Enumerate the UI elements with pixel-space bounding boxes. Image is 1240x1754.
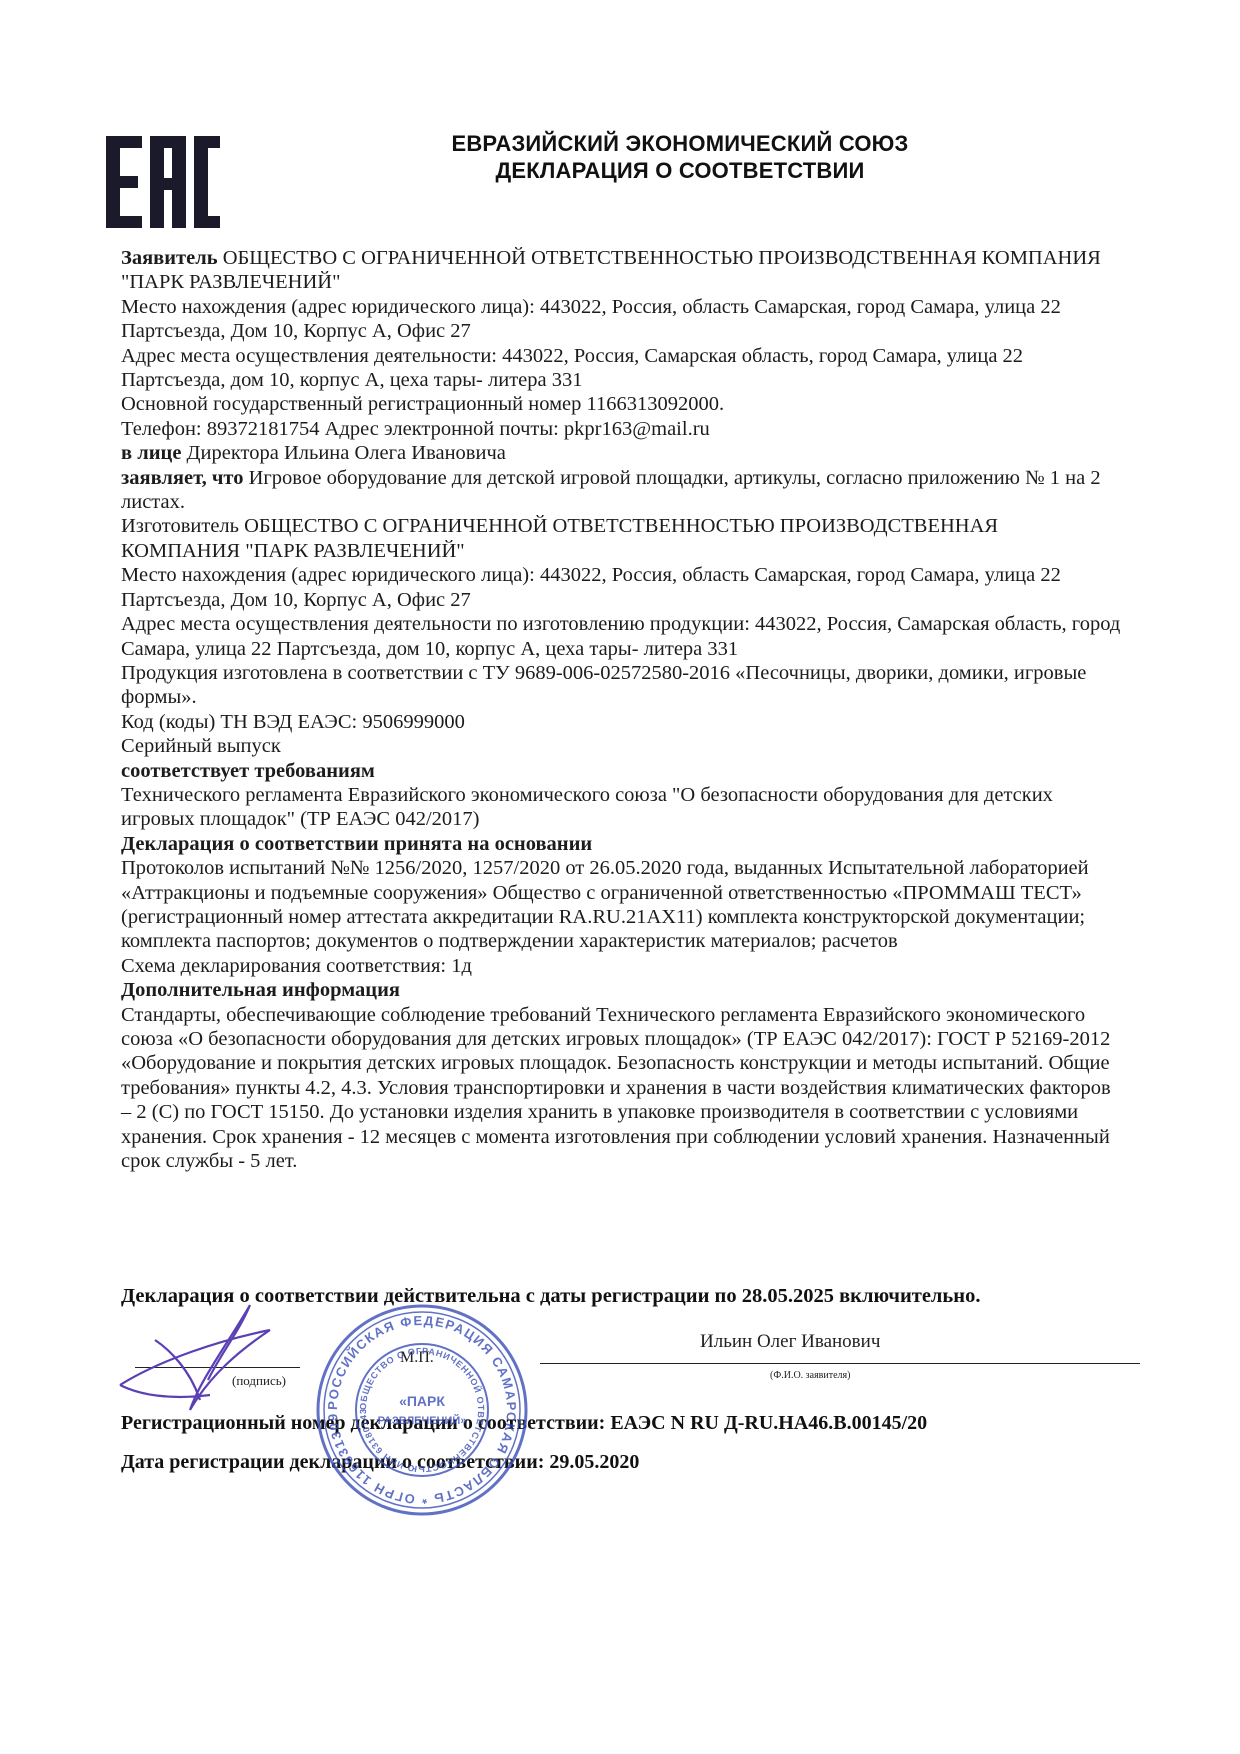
declaration-page: ЕВРАЗИЙСКИЙ ЭКОНОМИЧЕСКИЙ СОЮЗ ДЕКЛАРАЦИ… bbox=[0, 0, 1240, 1754]
additional-info-text: Стандарты, обеспечивающие соблюдение тре… bbox=[121, 1003, 1121, 1174]
declares-text: Игровое оборудование для детской игровой… bbox=[121, 467, 1101, 513]
product-spec: Продукция изготовлена в соответствии с Т… bbox=[121, 661, 1121, 710]
svg-text:РАЗВЛЕЧЕНИЙ»: РАЗВЛЕЧЕНИЙ» bbox=[378, 1414, 467, 1427]
declaration-title: ДЕКЛАРАЦИЯ О СООТВЕТСТВИИ bbox=[380, 158, 980, 184]
eac-logo-icon bbox=[46, 134, 220, 230]
signer-name-line bbox=[540, 1363, 1140, 1364]
manufacturer-name: Изготовитель ОБЩЕСТВО С ОГРАНИЧЕННОЙ ОТВ… bbox=[121, 514, 1121, 563]
company-stamp-icon: РОССИЙСКАЯ ФЕДЕРАЦИЯ САМАРСКАЯ ОБЛАСТЬ *… bbox=[312, 1300, 532, 1520]
declares-block: заявляет, что Игровое оборудование для д… bbox=[121, 466, 1121, 515]
basis-text: Протоколов испытаний №№ 1256/2020, 1257/… bbox=[121, 856, 1121, 954]
handwritten-signature-icon bbox=[100, 1300, 330, 1420]
manufacturer-production-address: Адрес места осуществления деятельности п… bbox=[121, 612, 1121, 661]
basis-label: Декларация о соответствии принята на осн… bbox=[121, 832, 1121, 856]
represented-label: в лице bbox=[121, 442, 181, 464]
applicant-ogrn: Основной государственный регистрационный… bbox=[121, 392, 1121, 416]
production-type: Серийный выпуск bbox=[121, 734, 1121, 758]
additional-info-label: Дополнительная информация bbox=[121, 978, 1121, 1002]
signer-name: Ильин Олег Иванович bbox=[700, 1331, 880, 1353]
represented-by: в лице Директора Ильина Олега Ивановича bbox=[121, 441, 1121, 465]
represented-name: Директора Ильина Олега Ивановича bbox=[181, 442, 505, 464]
svg-text:«ПАРК: «ПАРК bbox=[399, 1393, 445, 1409]
tnved-code: Код (коды) ТН ВЭД ЕАЭС: 9506999000 bbox=[121, 710, 1121, 734]
applicant-label: Заявитель bbox=[121, 247, 218, 269]
declaration-scheme: Схема декларирования соответствия: 1д bbox=[121, 954, 1121, 978]
compliance-text: Технического регламента Евразийского эко… bbox=[121, 783, 1121, 832]
declares-label: заявляет, что bbox=[121, 467, 243, 489]
applicant-legal-address: Место нахождения (адрес юридического лиц… bbox=[121, 295, 1121, 344]
declaration-body: Заявитель ОБЩЕСТВО С ОГРАНИЧЕННОЙ ОТВЕТС… bbox=[121, 246, 1121, 1173]
manufacturer-legal-address: Место нахождения (адрес юридического лиц… bbox=[121, 563, 1121, 612]
applicant-name: ОБЩЕСТВО С ОГРАНИЧЕННОЙ ОТВЕТСТВЕННОСТЬЮ… bbox=[121, 247, 1101, 293]
compliance-label: соответствует требованиям bbox=[121, 759, 1121, 783]
applicant-block: Заявитель ОБЩЕСТВО С ОГРАНИЧЕННОЙ ОТВЕТС… bbox=[121, 246, 1121, 295]
applicant-activity-address: Адрес места осуществления деятельности: … bbox=[121, 344, 1121, 393]
applicant-contacts: Телефон: 89372181754 Адрес электронной п… bbox=[121, 417, 1121, 441]
union-title: ЕВРАЗИЙСКИЙ ЭКОНОМИЧЕСКИЙ СОЮЗ bbox=[380, 131, 980, 157]
signer-caption: (Ф.И.О. заявителя) bbox=[770, 1370, 850, 1381]
